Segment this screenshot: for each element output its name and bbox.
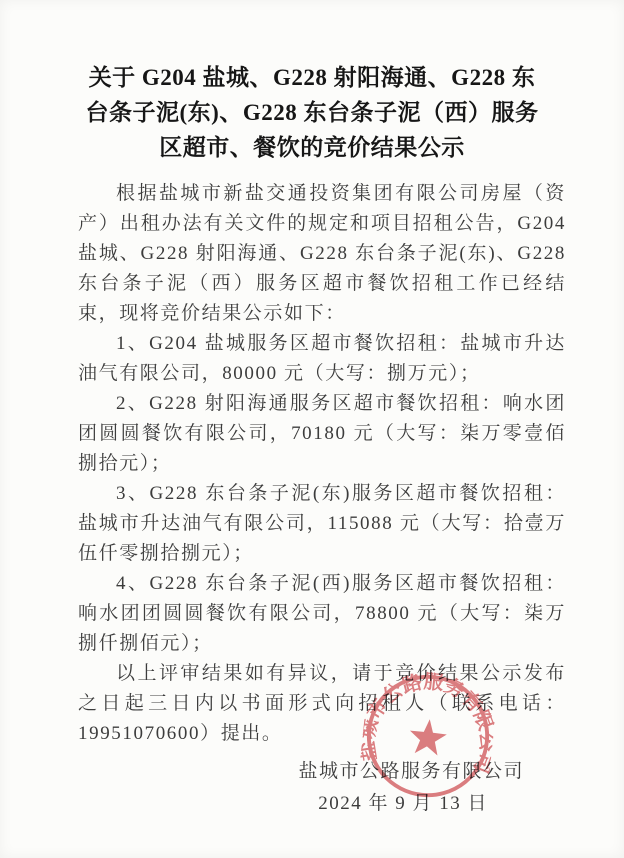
paragraph-objection-notice: 以上评审结果如有异议，请于竞价结果公示发布之日起三日内以书面形式向招租人（联系电… — [78, 659, 566, 749]
title-line-3: 区超市、餐饮的竞价结果公示 — [38, 130, 586, 165]
title-line-2: 台条子泥(东)、G228 东台条子泥（西）服务 — [38, 95, 586, 130]
title-line-1: 关于 G204 盐城、G228 射阳海通、G228 东 — [38, 60, 586, 95]
paragraph-item-2: 2、G228 射阳海通服务区超市餐饮招租：响水团团圆圆餐饮有限公司，70180 … — [78, 389, 566, 479]
signature-date: 2024 年 9 月 13 日 — [0, 787, 624, 820]
signature-company: 盐城市公路服务有限公司 — [0, 757, 624, 787]
paragraph-item-4: 4、G228 东台条子泥(西)服务区超市餐饮招租：响水团团圆圆餐饮有限公司，78… — [78, 569, 566, 659]
document-body: 根据盐城市新盐交通投资集团有限公司房屋（资产）出租办法有关文件的规定和项目招租公… — [0, 171, 624, 749]
document-title: 关于 G204 盐城、G228 射阳海通、G228 东 台条子泥(东)、G228… — [38, 60, 586, 165]
paragraph-item-1: 1、G204 盐城服务区超市餐饮招租：盐城市升达油气有限公司，80000 元（大… — [78, 329, 566, 389]
document-page: 关于 G204 盐城、G228 射阳海通、G228 东 台条子泥(东)、G228… — [0, 0, 624, 858]
paragraph-item-3: 3、G228 东台条子泥(东)服务区超市餐饮招租：盐城市升达油气有限公司，115… — [78, 479, 566, 569]
paragraph-intro: 根据盐城市新盐交通投资集团有限公司房屋（资产）出租办法有关文件的规定和项目招租公… — [78, 179, 566, 329]
signature-block: 盐城市公路服务有限公司 2024 年 9 月 13 日 — [0, 757, 624, 820]
